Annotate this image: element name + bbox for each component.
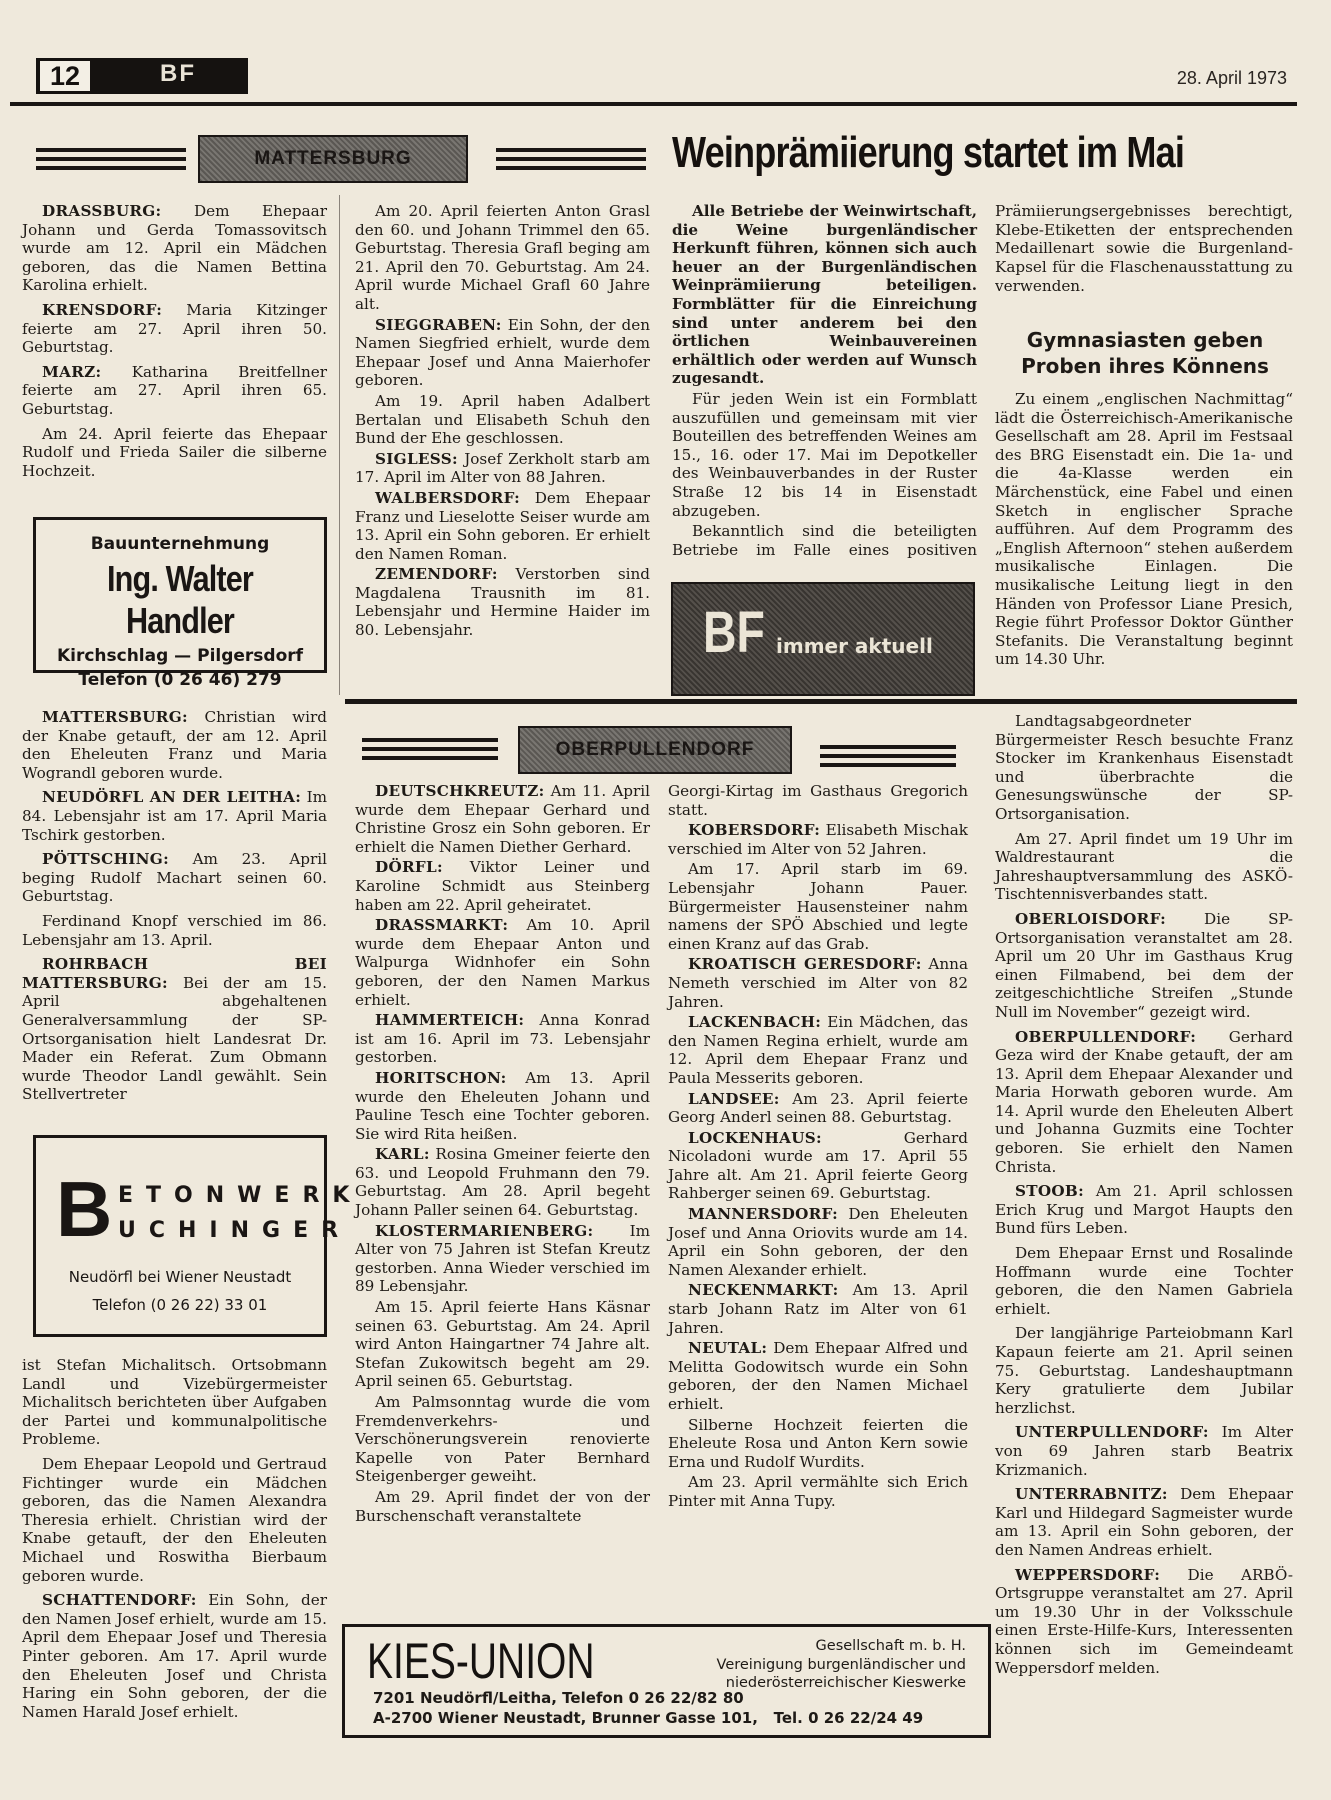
news-item: KARL: Rosina Gmeiner feierte den 63. und…	[355, 1145, 650, 1219]
gym-headline: Gymnasiasten geben Proben ihres Könnens	[995, 327, 1295, 379]
news-item: MANNERSDORF: Den Eheleuten Josef und Ann…	[668, 1205, 968, 1279]
news-item: SIGLESS: Josef Zerkholt starb am 17. Apr…	[355, 450, 650, 487]
news-item: Am 17. April starb im 69. Lebensjahr Joh…	[668, 860, 968, 953]
news-item: Dem Ehepaar Ernst und Rosalinde Hoffmann…	[995, 1244, 1293, 1318]
news-item: Ferdinand Knopf verschied im 86. Lebensj…	[22, 912, 327, 949]
promo-tagline: immer aktuell	[776, 634, 933, 658]
ad-walter-handler: Bauunternehmung Ing. Walter Handler Kirc…	[33, 517, 327, 673]
news-item: HORITSCHON: Am 13. April wurde den Ehele…	[355, 1069, 650, 1143]
news-item: KRENSDORF: Maria Kitzinger feierte am 27…	[22, 301, 327, 357]
news-item: Am 27. April findet um 19 Uhr im Waldres…	[995, 830, 1293, 904]
ad-betonwerk-initial: B	[56, 1174, 112, 1244]
news-item: KROATISCH GERESDORF: Anna Nemeth verschi…	[668, 955, 968, 1011]
mattersburg-col1-top: DRASSBURG: Dem Ehepaar Johann und Gerda …	[22, 202, 327, 486]
section-tag-mattersburg: MATTERSBURG	[198, 135, 468, 183]
news-item: NECKENMARKT: Am 13. April starb Johann R…	[668, 1281, 968, 1337]
news-item: Am 19. April haben Adalbert Bertalan und…	[355, 392, 650, 448]
mattersburg-col1-mid: MATTERSBURG: Christian wird der Knabe ge…	[22, 708, 327, 1110]
ad-betonwerk-location: Neudörfl bei Wiener Neustadt	[36, 1268, 324, 1286]
news-item: SCHATTENDORF: Ein Sohn, der den Namen Jo…	[22, 1591, 327, 1721]
section-rule-left	[362, 738, 498, 760]
news-item: SIEGGRABEN: Ein Sohn, der den Namen Sieg…	[355, 316, 650, 390]
ad-handler-name: Ing. Walter Handler	[58, 558, 303, 642]
ad-kies-union: KIES-UNION Gesellschaft m. b. H. Vereini…	[342, 1624, 991, 1738]
gym-article-body: Zu einem „englischen Nachmittag“ lädt di…	[995, 390, 1293, 675]
news-item: OBERLOISDORF: Die SP-Ortsorganisation ve…	[995, 910, 1293, 1022]
news-item: Am 15. April feierte Hans Käsnar seinen …	[355, 1298, 650, 1391]
news-item: Der langjährige Parteiobmann Karl Kapaun…	[995, 1324, 1293, 1417]
section-tag-oberpullendorf: OBERPULLENDORF	[518, 726, 792, 774]
wine-article-col2: Bekanntlich sind die beteiligten Betrieb…	[995, 202, 1293, 301]
news-item: Am Palmsonntag wurde die vom Fremdenverk…	[355, 1393, 650, 1486]
ad-kies-name: KIES-UNION	[367, 1633, 595, 1689]
wine-headline: Weinprämiierung startet im Mai	[672, 128, 1182, 178]
news-item: DÖRFL: Viktor Leiner und Karoline Schmid…	[355, 858, 650, 914]
wine-article-col1: Alle Betriebe der Weinwirtschaft, die We…	[672, 202, 977, 561]
news-item: OBERPULLENDORF: Gerhard Geza wird der Kn…	[995, 1028, 1293, 1177]
ad-kies-address-2: A-2700 Wiener Neustadt, Brunner Gasse 10…	[373, 1709, 923, 1727]
news-item: Silberne Hochzeit feierten die Eheleute …	[668, 1416, 968, 1472]
news-item: DEUTSCHKREUTZ: Am 11. April wurde dem Eh…	[355, 782, 650, 856]
mattersburg-col2: Am 20. April feierten Anton Grasl den 60…	[355, 202, 650, 642]
news-item: NEUDÖRFL AN DER LEITHA: Im 84. Lebensjah…	[22, 788, 327, 844]
ad-kies-address-1: 7201 Neudörfl/Leitha, Telefon 0 26 22/82…	[373, 1689, 744, 1707]
news-item: LOCKENHAUS: Gerhard Nicoladoni wurde am …	[668, 1129, 968, 1203]
masthead-rule	[10, 102, 1297, 106]
news-item: LACKENBACH: Ein Mädchen, das den Namen R…	[668, 1013, 968, 1087]
news-item: Am 29. April findet der von der Burschen…	[355, 1488, 650, 1525]
news-item: Landtagsabgeordneter Bürgermeister Resch…	[995, 712, 1293, 824]
section-divider-rule	[345, 699, 1297, 704]
ad-betonwerk-phone: Telefon (0 26 22) 33 01	[36, 1296, 324, 1314]
news-item: PÖTTSCHING: Am 23. April beging Rudolf M…	[22, 850, 327, 906]
oberpullendorf-col2: Georgi-Kirtag im Gasthaus Gregorich stat…	[668, 782, 968, 1513]
mattersburg-col1-bottom: ist Stefan Michalitsch. Ortsobmann Landl…	[22, 1356, 327, 1727]
oberpullendorf-col1: DEUTSCHKREUTZ: Am 11. April wurde dem Eh…	[355, 782, 650, 1527]
ad-betonwerk-buchinger: B ETONWERK UCHINGER Neudörfl bei Wiener …	[33, 1135, 327, 1337]
oberpullendorf-col3: Landtagsabgeordneter Bürgermeister Resch…	[995, 712, 1293, 1683]
news-item: Georgi-Kirtag im Gasthaus Gregorich stat…	[668, 782, 968, 819]
news-item: UNTERPULLENDORF: Im Alter von 69 Jahren …	[995, 1423, 1293, 1479]
news-item: KOBERSDORF: Elisabeth Mischak verschied …	[668, 821, 968, 858]
section-rule-right	[496, 148, 646, 170]
wine-article-continuation: Bekanntlich sind die beteiligten Betrieb…	[995, 165, 1293, 295]
page-number: 12	[40, 61, 90, 91]
ad-betonwerk-row1: ETONWERK	[118, 1183, 362, 1208]
ad-betonwerk-row2: UCHINGER	[118, 1218, 351, 1243]
news-item: Am 20. April feierten Anton Grasl den 60…	[355, 202, 650, 314]
news-item: LANDSEE: Am 23. April feierte Georg Ande…	[668, 1090, 968, 1127]
news-item: MATTERSBURG: Christian wird der Knabe ge…	[22, 708, 327, 782]
news-item: UNTERRABNITZ: Dem Ehepaar Karl und Hilde…	[995, 1485, 1293, 1559]
news-item: ZEMENDORF: Verstorben sind Magdalena Tra…	[355, 565, 650, 639]
news-item: DRASSMARKT: Am 10. April wurde dem Ehepa…	[355, 916, 650, 1009]
news-item: MARZ: Katharina Breitfellner feierte am …	[22, 363, 327, 419]
ad-kies-description: Gesellschaft m. b. H. Vereinigung burgen…	[666, 1637, 966, 1693]
news-item: KLOSTERMARIENBERG: Im Alter von 75 Jahre…	[355, 1222, 650, 1296]
news-item: Am 24. April feierte das Ehepaar Rudolf …	[22, 425, 327, 481]
news-item: ROHRBACH BEI MATTERSBURG: Bei der am 15.…	[22, 955, 327, 1104]
news-item: ist Stefan Michalitsch. Ortsobmann Landl…	[22, 1356, 327, 1449]
promo-bf-immer-aktuell: BF immer aktuell	[671, 582, 975, 696]
promo-logo: BF	[703, 604, 765, 662]
news-item: Dem Ehepaar Leopold und Gertraud Fichtin…	[22, 1455, 327, 1585]
news-item: DRASSBURG: Dem Ehepaar Johann und Gerda …	[22, 202, 327, 295]
issue-date: 28. April 1973	[1177, 68, 1287, 89]
news-item: WALBERSDORF: Dem Ehepaar Franz und Liese…	[355, 489, 650, 563]
paper-logo: BF	[160, 60, 196, 88]
section-rule-right	[820, 745, 956, 767]
wine-article-paragraph: Bekanntlich sind die beteiligten Betrieb…	[672, 522, 977, 559]
wine-article-paragraph: Für jeden Wein ist ein Formblatt auszufü…	[672, 390, 977, 520]
news-item: WEPPERSDORF: Die ARBÖ-Ortsgruppe veranst…	[995, 1566, 1293, 1678]
wine-article-lead: Alle Betriebe der Weinwirtschaft, die We…	[672, 202, 977, 388]
news-item: Am 23. April vermählte sich Erich Pinter…	[668, 1473, 968, 1510]
ad-handler-category: Bauunternehmung	[36, 534, 324, 554]
column-divider	[339, 195, 340, 695]
news-item: NEUTAL: Dem Ehepaar Alfred und Melitta G…	[668, 1339, 968, 1413]
news-item: HAMMERTEICH: Anna Konrad ist am 16. Apri…	[355, 1011, 650, 1067]
section-rule-left	[36, 148, 186, 170]
ad-handler-location: Kirchschlag — Pilgersdorf	[36, 646, 324, 666]
ad-handler-phone: Telefon (0 26 46) 279	[36, 670, 324, 690]
news-item: STOOB: Am 21. April schlossen Erich Krug…	[995, 1182, 1293, 1238]
